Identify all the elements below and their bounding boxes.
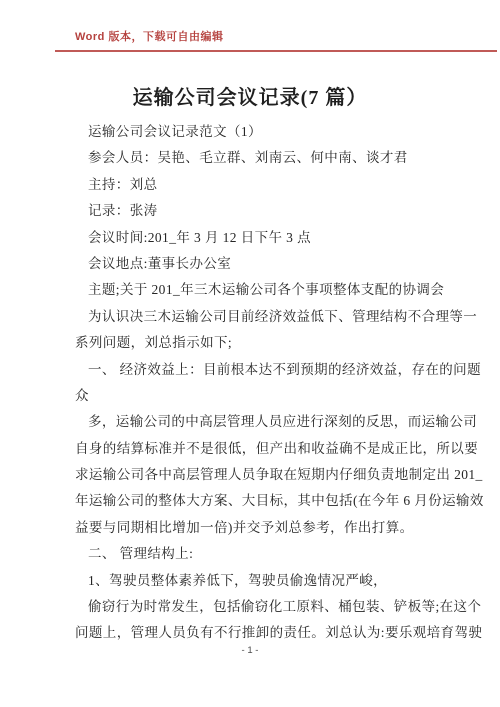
text-line: 问题上，管理人员负有不行推卸的责任。刘总认为:要乐观培育驾驶 [75,620,457,646]
text-line: 参会人员：吴艳、毛立群、刘南云、何中南、谈才君 [75,145,457,171]
text-line: 自身的结算标准并不是很低，但产出和收益确不是成正比，所以要 [75,436,457,462]
text-line: 系列问题，刘总指示如下; [75,330,457,356]
text-line: 偷窃行为时常发生，包括偷窃化工原料、桶包装、铲板等;在这个 [75,594,457,620]
text-line: 运输公司会议记录范文（1） [75,119,457,145]
page-number: - 1 - [0,645,500,656]
text-line: 一、 经济效益上：目前根本达不到预期的经济效益，存在的问题 [75,357,457,383]
text-line: 多，运输公司的中高层管理人员应进行深刻的反思，而运输公司 [75,409,457,435]
text-line: 二、 管理结构上: [75,541,457,567]
text-line: 记录：张涛 [75,198,457,224]
document-body: 运输公司会议记录范文（1）参会人员：吴艳、毛立群、刘南云、何中南、谈才君主持：刘… [75,119,457,647]
header-divider-line [55,50,497,52]
text-line: 为认识决三木运输公司目前经济效益低下、管理结构不合理等一 [75,304,457,330]
text-line: 会议时间:201_年 3 月 12 日下午 3 点 [75,225,457,251]
word-version-notice: Word 版本，下载可自由编辑 [75,28,223,44]
text-line: 益要与同期相比增加一倍)并交予刘总参考，作出打算。 [75,515,457,541]
document-page: Word 版本，下载可自由编辑 运输公司会议记录(7 篇） 运输公司会议记录范文… [0,0,500,707]
text-line: 会议地点:董事长办公室 [75,251,457,277]
page-title: 运输公司会议记录(7 篇） [0,81,500,110]
text-line: 求运输公司各中高层管理人员争取在短期内仔细负责地制定出 201_ [75,462,457,488]
text-line: 主持：刘总 [75,172,457,198]
text-line: 众 [75,383,457,409]
text-line: 年运输公司的整体大方案、大目标，其中包括(在今年 6 月份运输效 [75,488,457,514]
text-line: 主题;关于 201_年三木运输公司各个事项整体支配的协调会 [75,277,457,303]
text-line: 1、驾驶员整体素养低下，驾驶员偷逸情况严峻， [75,568,457,594]
